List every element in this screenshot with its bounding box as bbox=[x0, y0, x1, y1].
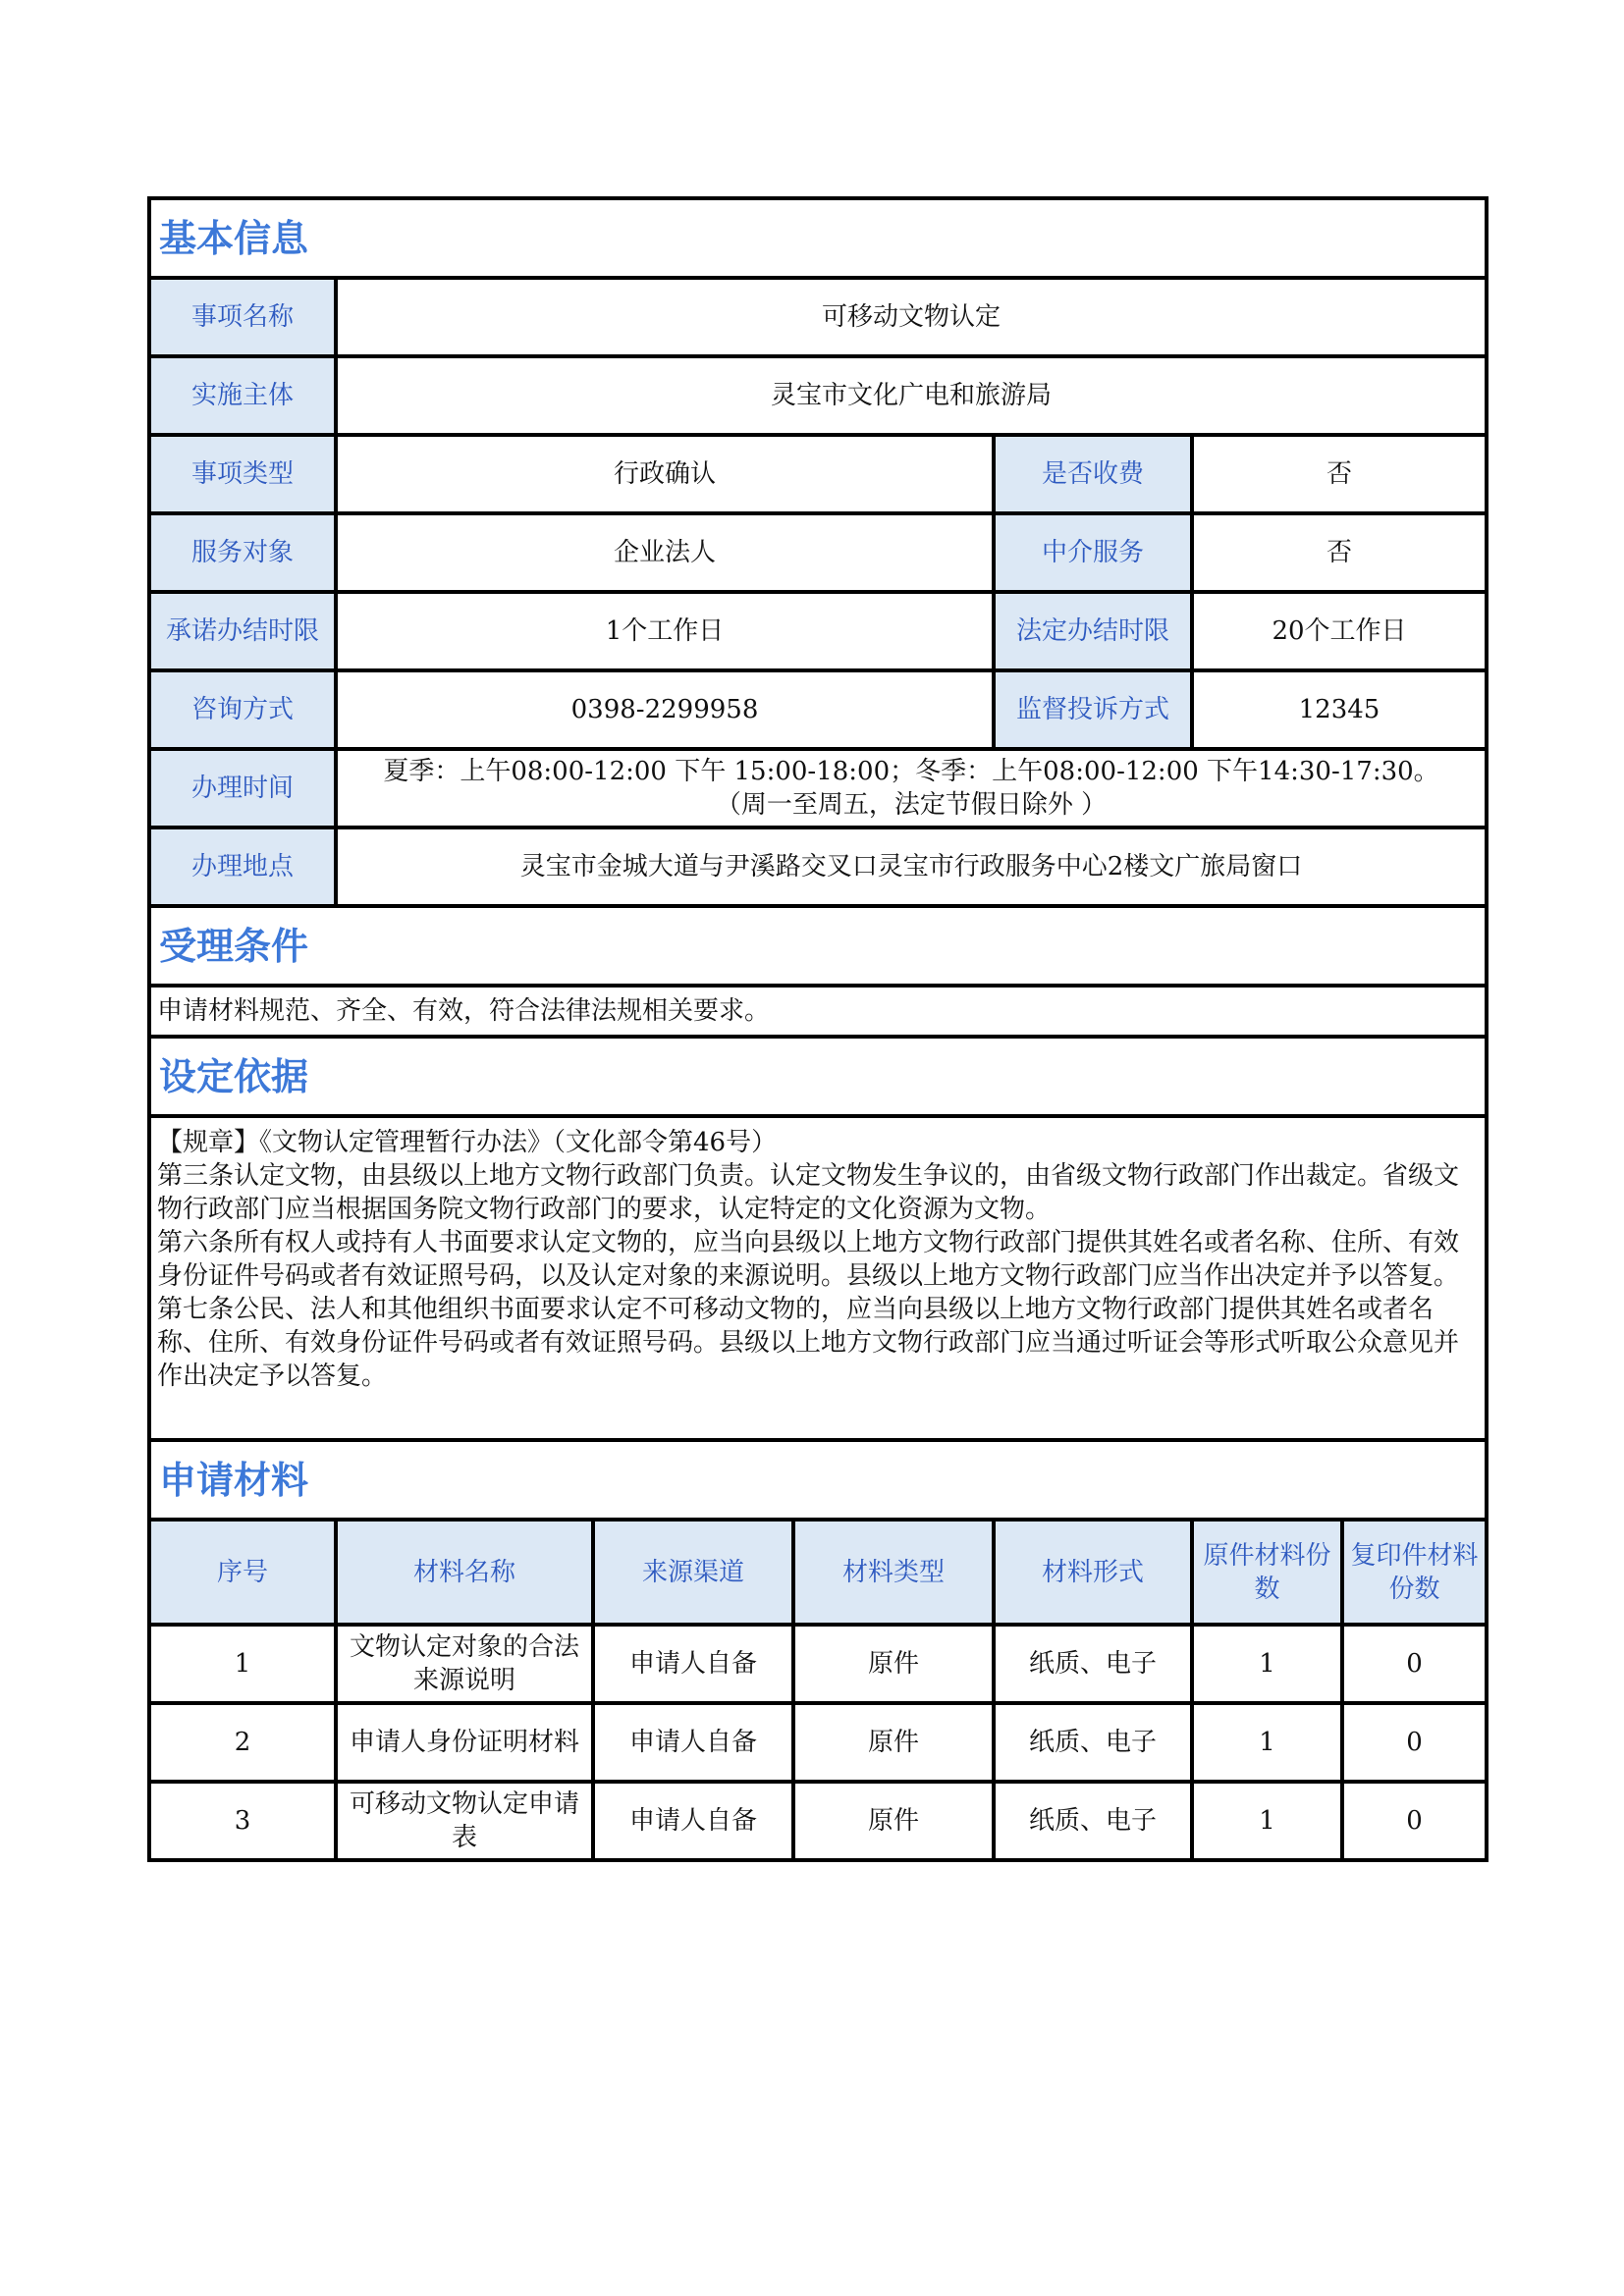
legal-basis-article-7: 第七条公民、法人和其他组织书面要求认定不可移动文物的，应当向县级以上地方文物行政… bbox=[157, 1293, 1479, 1393]
value-complaint-phone: 12345 bbox=[1192, 670, 1487, 749]
material-copy-count: 0 bbox=[1342, 1625, 1487, 1703]
value-implementing-body: 灵宝市文化广电和旅游局 bbox=[336, 356, 1487, 435]
value-intermediary: 否 bbox=[1192, 513, 1487, 592]
legal-basis-regulation: 【规章】《文物认定管理暂行办法》（文化部令第46号） bbox=[157, 1126, 1479, 1159]
materials-header-form: 材料形式 bbox=[994, 1520, 1192, 1625]
label-complaint: 监督投诉方式 bbox=[994, 670, 1192, 749]
label-implementing-body: 实施主体 bbox=[149, 356, 336, 435]
office-hours-line1: 夏季：上午08:00-12:00 下午 15:00-18:00；冬季：上午08:… bbox=[338, 755, 1485, 788]
material-source: 申请人自备 bbox=[593, 1703, 793, 1782]
label-legal-time-limit: 法定办结时限 bbox=[994, 592, 1192, 670]
material-source: 申请人自备 bbox=[593, 1625, 793, 1703]
label-service-target: 服务对象 bbox=[149, 513, 336, 592]
table-row: 1 文物认定对象的合法来源说明 申请人自备 原件 纸质、电子 1 0 bbox=[149, 1625, 1487, 1703]
table-row: 2 申请人身份证明材料 申请人自备 原件 纸质、电子 1 0 bbox=[149, 1703, 1487, 1782]
material-index: 2 bbox=[149, 1703, 336, 1782]
service-guide-table: 基本信息 事项名称 可移动文物认定 实施主体 灵宝市文化广电和旅游局 事项类型 … bbox=[147, 196, 1489, 1862]
value-item-type: 行政确认 bbox=[336, 435, 994, 513]
label-item-type: 事项类型 bbox=[149, 435, 336, 513]
material-name: 可移动文物认定申请表 bbox=[336, 1782, 593, 1860]
value-fee: 否 bbox=[1192, 435, 1487, 513]
material-name: 申请人身份证明材料 bbox=[336, 1703, 593, 1782]
material-type: 原件 bbox=[793, 1782, 994, 1860]
material-original-count: 1 bbox=[1192, 1625, 1342, 1703]
value-location: 灵宝市金城大道与尹溪路交叉口灵宝市行政服务中心2楼文广旅局窗口 bbox=[336, 828, 1487, 906]
value-service-target: 企业法人 bbox=[336, 513, 994, 592]
materials-header-copy-count: 复印件材料份数 bbox=[1342, 1520, 1487, 1625]
material-copy-count: 0 bbox=[1342, 1782, 1487, 1860]
material-form: 纸质、电子 bbox=[994, 1703, 1192, 1782]
legal-basis-content: 【规章】《文物认定管理暂行办法》（文化部令第46号） 第三条认定文物，由县级以上… bbox=[149, 1116, 1487, 1440]
materials-header-source: 来源渠道 bbox=[593, 1520, 793, 1625]
value-promised-time-limit: 1个工作日 bbox=[336, 592, 994, 670]
section-title-materials: 申请材料 bbox=[149, 1440, 1487, 1520]
section-title-acceptance: 受理条件 bbox=[149, 906, 1487, 986]
material-original-count: 1 bbox=[1192, 1782, 1342, 1860]
material-form: 纸质、电子 bbox=[994, 1782, 1192, 1860]
table-row: 3 可移动文物认定申请表 申请人自备 原件 纸质、电子 1 0 bbox=[149, 1782, 1487, 1860]
material-name: 文物认定对象的合法来源说明 bbox=[336, 1625, 593, 1703]
label-promised-time-limit: 承诺办结时限 bbox=[149, 592, 336, 670]
value-consultation-phone: 0398-2299958 bbox=[336, 670, 994, 749]
material-form: 纸质、电子 bbox=[994, 1625, 1192, 1703]
materials-header-original-count: 原件材料份数 bbox=[1192, 1520, 1342, 1625]
label-location: 办理地点 bbox=[149, 828, 336, 906]
section-title-basic-info: 基本信息 bbox=[149, 198, 1487, 278]
legal-basis-article-6: 第六条所有权人或持有人书面要求认定文物的，应当向县级以上地方文物行政部门提供其姓… bbox=[157, 1226, 1479, 1293]
material-copy-count: 0 bbox=[1342, 1703, 1487, 1782]
material-original-count: 1 bbox=[1192, 1703, 1342, 1782]
value-item-name: 可移动文物认定 bbox=[336, 278, 1487, 356]
section-title-legal-basis: 设定依据 bbox=[149, 1037, 1487, 1116]
value-legal-time-limit: 20个工作日 bbox=[1192, 592, 1487, 670]
legal-basis-article-3: 第三条认定文物，由县级以上地方文物行政部门负责。认定文物发生争议的，由省级文物行… bbox=[157, 1159, 1479, 1226]
material-type: 原件 bbox=[793, 1703, 994, 1782]
material-type: 原件 bbox=[793, 1625, 994, 1703]
label-item-name: 事项名称 bbox=[149, 278, 336, 356]
material-index: 1 bbox=[149, 1625, 336, 1703]
label-office-hours: 办理时间 bbox=[149, 749, 336, 828]
material-index: 3 bbox=[149, 1782, 336, 1860]
acceptance-conditions-text: 申请材料规范、齐全、有效，符合法律法规相关要求。 bbox=[149, 986, 1487, 1037]
label-consultation: 咨询方式 bbox=[149, 670, 336, 749]
materials-header-name: 材料名称 bbox=[336, 1520, 593, 1625]
materials-header-index: 序号 bbox=[149, 1520, 336, 1625]
material-source: 申请人自备 bbox=[593, 1782, 793, 1860]
office-hours-line2: （周一至周五，法定节假日除外 ） bbox=[338, 788, 1485, 822]
label-fee: 是否收费 bbox=[994, 435, 1192, 513]
materials-header-row: 序号 材料名称 来源渠道 材料类型 材料形式 原件材料份数 复印件材料份数 bbox=[149, 1520, 1487, 1625]
service-guide-document: 基本信息 事项名称 可移动文物认定 实施主体 灵宝市文化广电和旅游局 事项类型 … bbox=[147, 196, 1485, 1862]
value-office-hours: 夏季：上午08:00-12:00 下午 15:00-18:00；冬季：上午08:… bbox=[336, 749, 1487, 828]
materials-header-type: 材料类型 bbox=[793, 1520, 994, 1625]
label-intermediary: 中介服务 bbox=[994, 513, 1192, 592]
